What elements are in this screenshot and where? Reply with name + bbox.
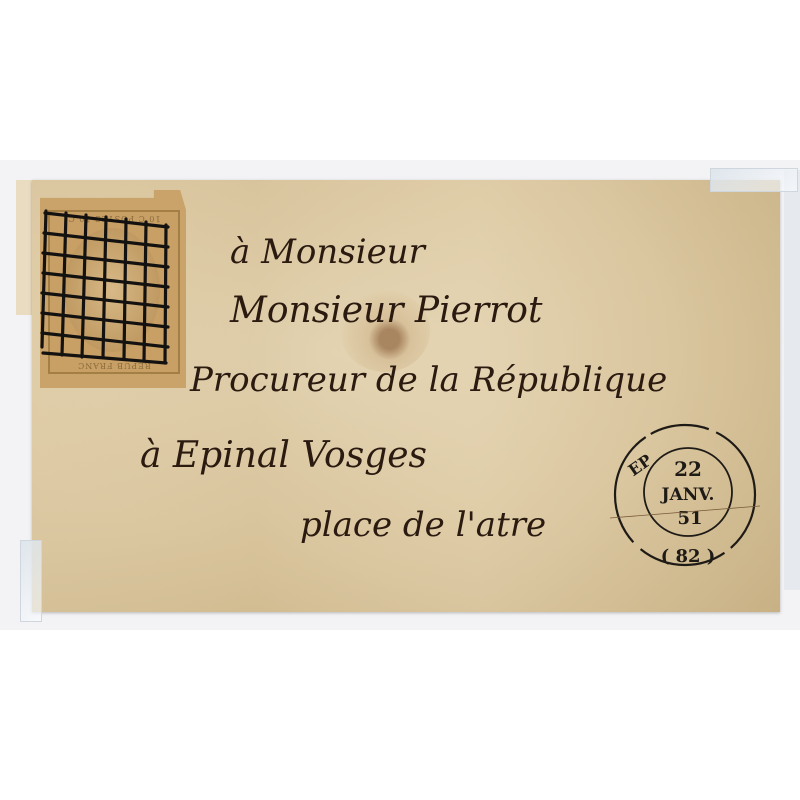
- date-postmark: EP 22 JANV. 51 ( 82 ): [610, 420, 760, 570]
- mount-corner-bottom-left: [20, 540, 42, 622]
- mount-corner-top-right: [710, 168, 798, 192]
- postmark-day: 22: [674, 457, 702, 481]
- address-line-3: Procureur de la République: [190, 360, 667, 400]
- postmark-month: JANV.: [660, 485, 715, 505]
- address-line-4: à Epinal Vosges: [140, 435, 427, 476]
- address-line-2: Monsieur Pierrot: [230, 290, 542, 331]
- address-line-1: à Monsieur: [230, 232, 425, 272]
- postmark-town: EP: [625, 450, 656, 479]
- mount-edge: [784, 170, 800, 590]
- grid-cancellation: [40, 205, 175, 365]
- address-line-5: place de l'atre: [300, 505, 546, 545]
- postmark-department: ( 82 ): [661, 546, 716, 567]
